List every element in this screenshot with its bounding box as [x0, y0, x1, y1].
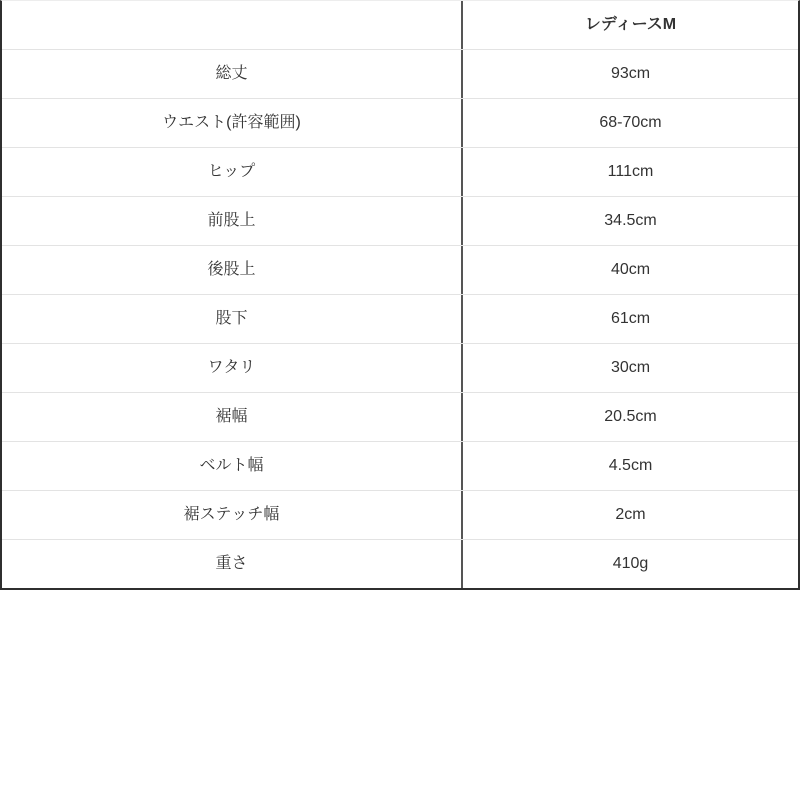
header-size-label: レディースM [461, 1, 798, 49]
measurement-label: 裾ステッチ幅 [2, 491, 461, 539]
measurement-value: 111cm [461, 148, 798, 196]
table-row: 前股上 34.5cm [2, 196, 798, 245]
table-row: ウエスト(許容範囲) 68-70cm [2, 98, 798, 147]
measurement-value: 68-70cm [461, 99, 798, 147]
measurement-value: 30cm [461, 344, 798, 392]
header-empty-cell [2, 1, 461, 49]
table-row: 総丈 93cm [2, 49, 798, 98]
measurement-label: ワタリ [2, 344, 461, 392]
table-row: 重さ 410g [2, 539, 798, 588]
measurement-label: 股下 [2, 295, 461, 343]
measurement-value: 20.5cm [461, 393, 798, 441]
table-row: 股下 61cm [2, 294, 798, 343]
measurement-label: 総丈 [2, 50, 461, 98]
measurement-label: ヒップ [2, 148, 461, 196]
measurement-label: 前股上 [2, 197, 461, 245]
measurement-label: ベルト幅 [2, 442, 461, 490]
measurement-label: 後股上 [2, 246, 461, 294]
measurement-value: 93cm [461, 50, 798, 98]
measurement-value: 4.5cm [461, 442, 798, 490]
measurement-value: 61cm [461, 295, 798, 343]
table-row: ベルト幅 4.5cm [2, 441, 798, 490]
table-row: 裾幅 20.5cm [2, 392, 798, 441]
measurement-label: ウエスト(許容範囲) [2, 99, 461, 147]
size-chart-table: レディースM 総丈 93cm ウエスト(許容範囲) 68-70cm ヒップ 11… [0, 0, 800, 590]
table-header-row: レディースM [2, 1, 798, 49]
table-row: 後股上 40cm [2, 245, 798, 294]
table-row: 裾ステッチ幅 2cm [2, 490, 798, 539]
measurement-value: 410g [461, 540, 798, 588]
measurement-label: 重さ [2, 540, 461, 588]
measurement-value: 40cm [461, 246, 798, 294]
measurement-value: 2cm [461, 491, 798, 539]
measurement-label: 裾幅 [2, 393, 461, 441]
measurement-value: 34.5cm [461, 197, 798, 245]
table-row: ヒップ 111cm [2, 147, 798, 196]
table-row: ワタリ 30cm [2, 343, 798, 392]
